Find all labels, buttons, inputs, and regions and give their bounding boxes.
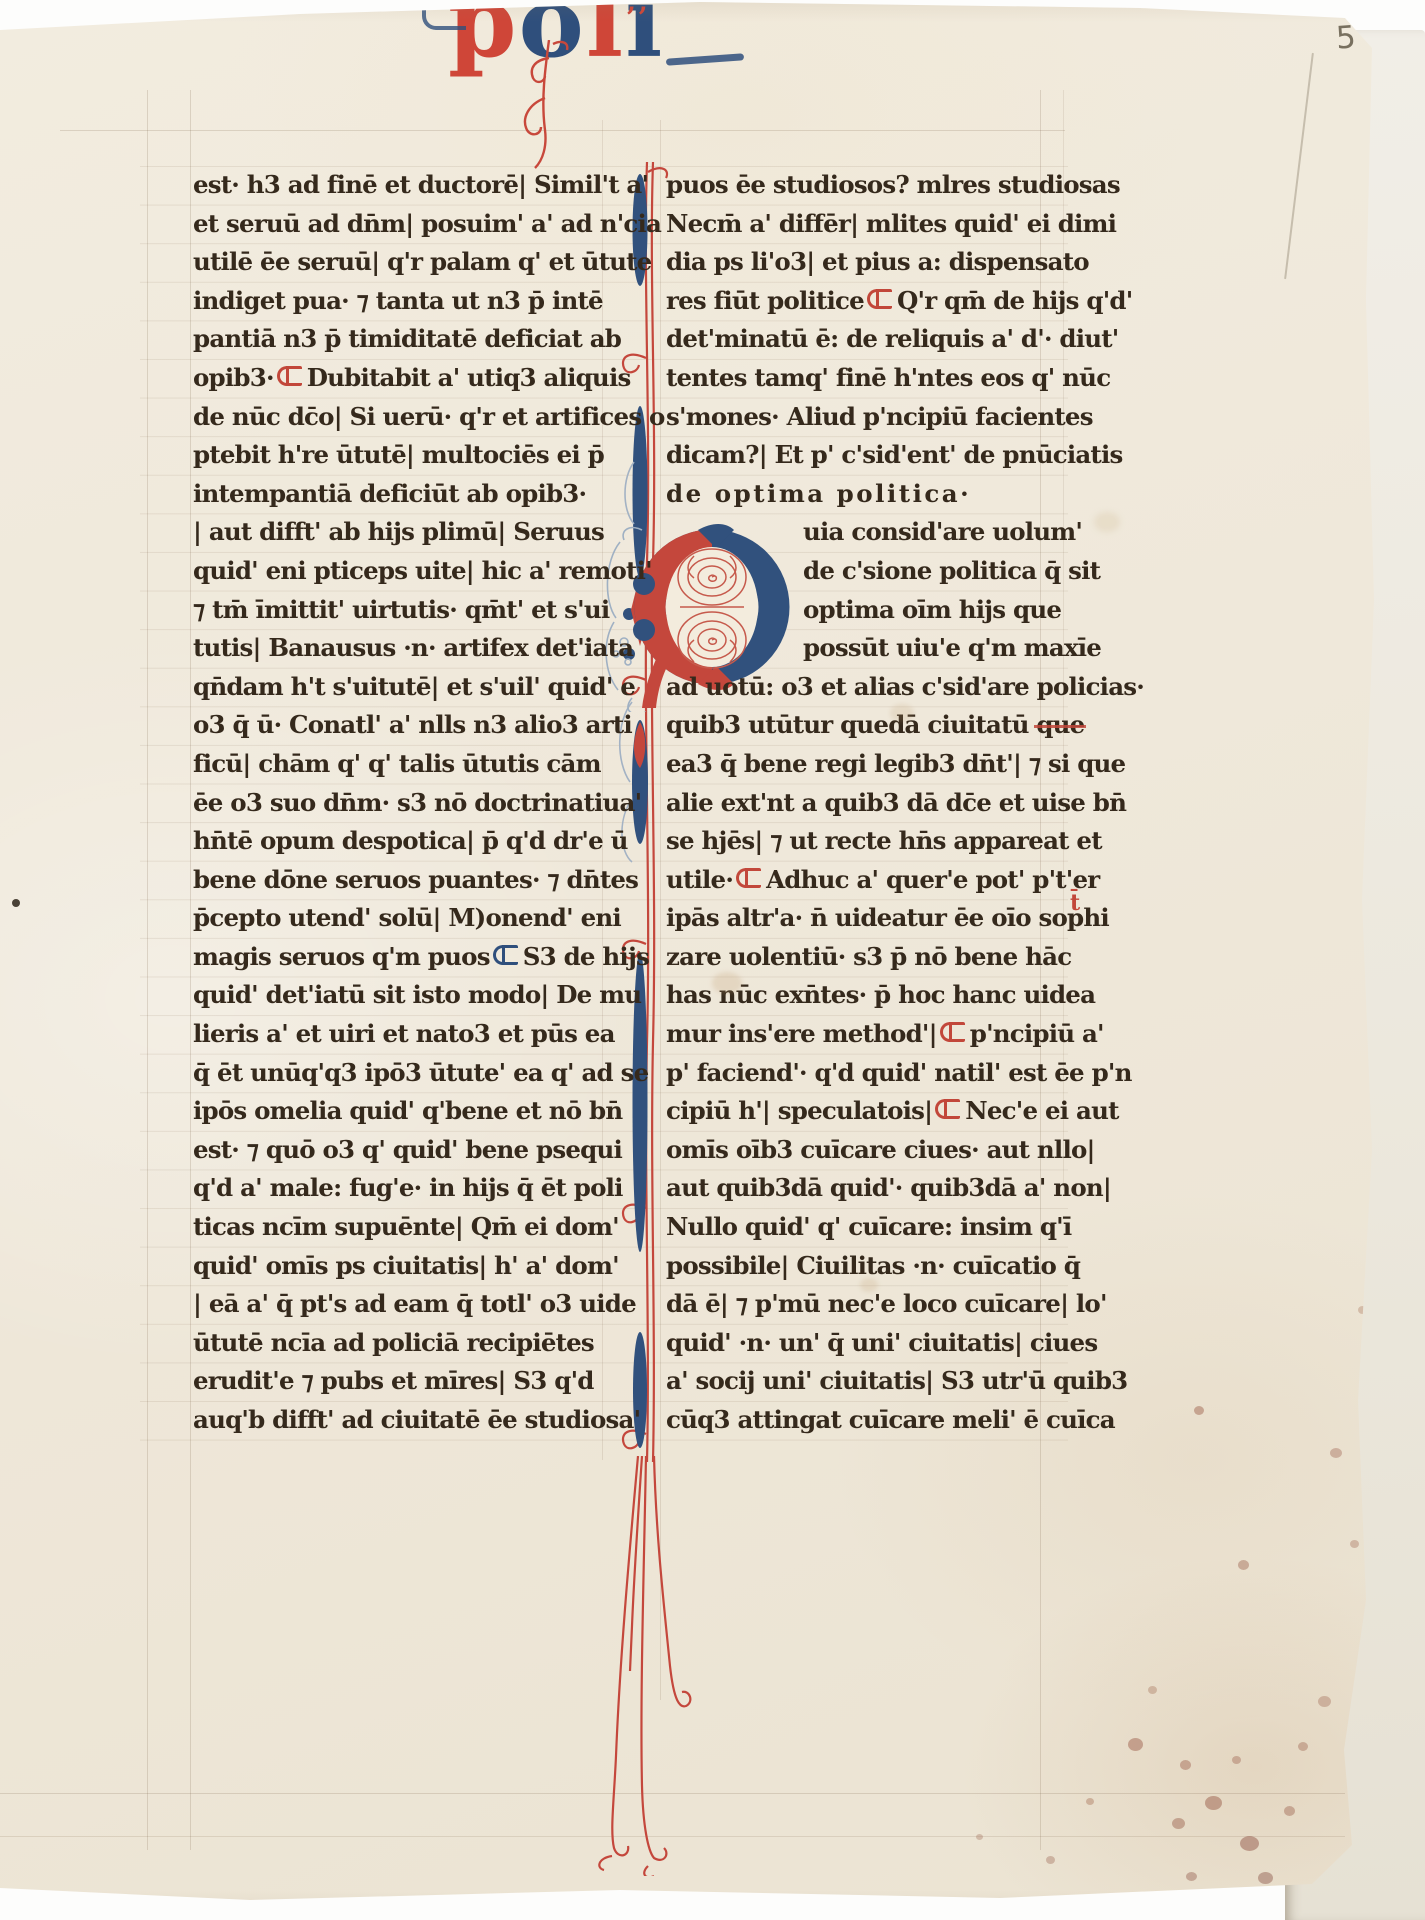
text-run: pantiā n3 p̄ timiditatē deficiat ab	[193, 324, 621, 353]
text-line: de c'sione politica q̄ sit	[666, 552, 1046, 591]
fox-spot	[1194, 1406, 1204, 1415]
text-line: est· ⁊ quō o3 q' quid' bene psequi	[193, 1131, 585, 1170]
text-run: possūt uiu'e q'm maxīe	[803, 633, 1101, 662]
text-run: dia ps li'o3| et pius a: dispensato	[666, 247, 1089, 276]
text-run: q̄ ēt unūq'q3 ipō3 ūtute' ea q' ad se	[193, 1058, 648, 1087]
ink-spot	[12, 899, 20, 907]
fox-spot	[1330, 1448, 1342, 1458]
text-line: mur ins'ere method'|p'ncipiū a'	[666, 1015, 1046, 1054]
text-run: de optima politica·	[666, 479, 971, 508]
text-line: qn̄dam h't s'uitutē| et s'uil' quid' e	[193, 668, 585, 707]
text-line: o3 q̄ ū· Conatl' a' nlls n3 alio3 arti	[193, 706, 585, 745]
stain	[1094, 512, 1120, 532]
manuscript-page: poli ’’	[0, 0, 1425, 1920]
text-line: quid' omīs ps ciuitatis| h' a' dom'	[193, 1247, 585, 1286]
text-run: Nec'e ei aut	[965, 1096, 1118, 1125]
text-line: bene dōne seruos puantes· ⁊ dn̄tes	[193, 861, 585, 900]
text-line: opib3·Dubitabit a' utiq3 aliquis	[193, 359, 585, 398]
text-line: omīs oīb3 cuīcare ciues· aut nllo|	[666, 1131, 1046, 1170]
text-run: lieris a' et uiri et nato3 et pūs ea	[193, 1019, 615, 1048]
text-line: p' faciend'· q'd quid' natil' est ēe p'n	[666, 1054, 1046, 1093]
text-line: de optima politica·	[666, 475, 1046, 514]
fox-spot	[1180, 1760, 1191, 1770]
text-run: uia consid'are uolum'	[803, 517, 1082, 546]
text-run: res fiūt politice	[666, 286, 864, 315]
text-run: S3 de hijs	[523, 942, 649, 971]
text-line: | aut difft' ab hijs plimū| Seruus	[193, 513, 585, 552]
fox-spot	[1186, 1872, 1197, 1881]
text-line: dā ē| ⁊ p'mū nec'e loco cuīcare| lo'	[666, 1285, 1046, 1324]
text-line: dicam?| Et p' c'sid'ent' de pnūciatis	[666, 436, 1046, 475]
fox-spot	[1172, 1818, 1185, 1829]
title-flourish-icon	[422, 10, 466, 30]
fox-spot	[1086, 1798, 1094, 1805]
text-line: ipās altr'a· n̄ uideatur ēe oīo sophi	[666, 899, 1046, 938]
text-line: possūt uiu'e q'm maxīe	[666, 629, 1046, 668]
text-line: a' socij uni' ciuitatis| S3 utr'ū quib3	[666, 1362, 1046, 1401]
text-line: ad uotū: o3 et alias c'sid'are policias·	[666, 668, 1046, 707]
text-run: ad uotū: o3 et alias c'sid'are policias·	[666, 672, 1144, 701]
ruling-vertical	[190, 90, 191, 1850]
fox-spot	[1258, 1872, 1273, 1884]
manuscript-scan: poli ’’	[0, 0, 1425, 1920]
text-column-right: puos ēe studiosos? mlres studiosasNecm̄ …	[666, 166, 1046, 1440]
fox-spot	[1128, 1738, 1143, 1751]
stain	[890, 704, 914, 722]
text-run: omīs oīb3 cuīcare ciues· aut nllo|	[666, 1135, 1095, 1164]
text-line: ea3 q̄ bene regi legib3 dn̄t'| ⁊ si que	[666, 745, 1046, 784]
text-line: dia ps li'o3| et pius a: dispensato	[666, 243, 1046, 282]
capitulum-mark-icon	[277, 366, 302, 386]
text-line: indiget pua· ⁊ tanta ut n3 p̄ intē	[193, 282, 585, 321]
text-line: optima oīm hijs que	[666, 591, 1046, 630]
fox-spot	[1046, 1856, 1055, 1864]
text-line: utile·Adhuc a' quer'e pot' p't'er	[666, 861, 1046, 900]
text-run: quid' det'iatū sit isto modo| De mu	[193, 980, 641, 1009]
text-run: optima oīm hijs que	[803, 595, 1061, 624]
text-run: Nullo quid' q' cuīcare: insim q'ī	[666, 1212, 1071, 1241]
fox-spot	[1284, 1806, 1295, 1816]
text-run: quid' eni pticeps uite| hic a' remoti'	[193, 556, 652, 585]
stain	[712, 972, 742, 994]
text-line: erudit'e ⁊ pubs et mīres| S3 q'd	[193, 1362, 585, 1401]
text-run: de c'sione politica q̄ sit	[803, 556, 1100, 585]
text-line: tutis| Banausus ·n· artifex det'iata	[193, 629, 585, 668]
text-run: ⁊ tm̄ īmittit' uirtutis· qm̄t' et s'ui	[193, 595, 609, 624]
text-run: de nūc dc̄o| Si uerū· q'r et artifices o	[193, 402, 665, 431]
text-run: intempantiā deficiūt ab opib3·	[193, 479, 586, 508]
text-run: q'd a' male: fug'e· in hijs q̄ ēt poli	[193, 1173, 623, 1202]
text-run: bene dōne seruos puantes· ⁊ dn̄tes	[193, 865, 638, 894]
text-line: alie ext'nt a quib3 dā dc̄e et uise bn̄	[666, 784, 1046, 823]
text-run: ipās altr'a· n̄ uideatur ēe oīo sophi	[666, 903, 1109, 932]
folio-number: 5	[1335, 19, 1357, 56]
text-run: se hjēs| ⁊ ut recte hn̄s appareat et	[666, 826, 1102, 855]
text-run: Q'r qm̄ de hijs q'd'	[897, 286, 1132, 315]
text-run: aut quib3dā quid'· quib3dā a' non|	[666, 1173, 1111, 1202]
text-run: puos ēe studiosos? mlres studiosas	[666, 170, 1120, 199]
text-line: et seruū ad dn̄m| posuim' a' ad n'cia	[193, 205, 585, 244]
text-line: q̄ ēt unūq'q3 ipō3 ūtute' ea q' ad se	[193, 1054, 585, 1093]
text-run: quid' ·n· un' q̄ uni' ciuitatis| ciues	[666, 1328, 1097, 1357]
text-line: quid' det'iatū sit isto modo| De mu	[193, 976, 585, 1015]
text-run: est· h3 ad finē et ductorē| Simil't a'	[193, 170, 648, 199]
text-run: est· ⁊ quō o3 q' quid' bene psequi	[193, 1135, 622, 1164]
text-run: et seruū ad dn̄m| posuim' a' ad n'cia	[193, 209, 661, 238]
text-run: p'ncipiū a'	[970, 1019, 1104, 1048]
text-line: pantiā n3 p̄ timiditatē deficiat ab	[193, 320, 585, 359]
text-line: intempantiā deficiūt ab opib3·	[193, 475, 585, 514]
text-line: Necm̄ a' diffēr| mlites quid' ei dimi	[666, 205, 1046, 244]
expunged-word: que	[1036, 710, 1084, 739]
text-line: ⁊ tm̄ īmittit' uirtutis· qm̄t' et s'ui	[193, 591, 585, 630]
capitulum-mark-icon	[493, 945, 518, 965]
text-run: alie ext'nt a quib3 dā dc̄e et uise bn̄	[666, 788, 1126, 817]
capitulum-mark-icon	[867, 289, 892, 309]
text-run: ticas ncīm supuēnte| Qm̄ ei dom'	[193, 1212, 619, 1241]
text-run: tentes tamq' finē h'ntes eos q' nūc	[666, 363, 1110, 392]
text-run: | eā a' q̄ pt's ad eam q̄ totl' o3 uide	[193, 1289, 636, 1318]
title-underline-swash-icon	[666, 53, 744, 65]
text-run: ficū| chām q' q' talis ūtutis cām	[193, 749, 601, 778]
text-run: indiget pua· ⁊ tanta ut n3 p̄ intē	[193, 286, 603, 315]
text-run: p' faciend'· q'd quid' natil' est ēe p'n	[666, 1058, 1132, 1087]
fox-spot	[1298, 1742, 1308, 1751]
fox-spot	[1238, 1560, 1249, 1570]
text-line: possibile| Ciuilitas ·n· cuīcatio q̄	[666, 1247, 1046, 1286]
fox-spot	[1148, 1686, 1157, 1694]
text-run: Adhuc a' quer'e pot' p't'er	[766, 865, 1099, 894]
text-line: aut quib3dā quid'· quib3dā a' non|	[666, 1169, 1046, 1208]
text-run: ūtutē ncīa ad policiā recipiētes	[193, 1328, 594, 1357]
text-run: erudit'e ⁊ pubs et mīres| S3 q'd	[193, 1366, 594, 1395]
ruling-vertical	[147, 90, 148, 1850]
text-run: s'mones· Aliud p'ncipiū facientes	[666, 402, 1093, 431]
text-line: puos ēe studiosos? mlres studiosas	[666, 166, 1046, 205]
text-run: ea3 q̄ bene regi legib3 dn̄t'| ⁊ si que	[666, 749, 1125, 778]
text-run: det'minatū ē: de reliquis a' d'· diut'	[666, 324, 1118, 353]
text-line: ptebit h're ūtutē| multociēs ei p̄	[193, 436, 585, 475]
stain	[860, 1278, 878, 1292]
marginal-red-tick: t̄	[1070, 890, 1080, 916]
text-run: magis seruos q'm puos	[193, 942, 490, 971]
text-run: utilē ēe seruū| q'r palam q' et ūtute	[193, 247, 651, 276]
penwork-cascade-icon	[503, 40, 593, 175]
text-run: | aut difft' ab hijs plimū| Seruus	[193, 517, 604, 546]
text-run: possibile| Ciuilitas ·n· cuīcatio q̄	[666, 1251, 1080, 1280]
fox-spot	[1350, 1540, 1359, 1548]
fox-spot	[1232, 1756, 1241, 1764]
text-line: utilē ēe seruū| q'r palam q' et ūtute	[193, 243, 585, 282]
text-line: s'mones· Aliud p'ncipiū facientes	[666, 398, 1046, 437]
text-run: p̄cepto utend' solū| M)onend' eni	[193, 903, 621, 932]
text-run: ptebit h're ūtutē| multociēs ei p̄	[193, 440, 604, 469]
text-run: opib3·	[193, 363, 274, 392]
text-line: ūtutē ncīa ad policiā recipiētes	[193, 1324, 585, 1363]
text-line: auq'b difft' ad ciuitatē ēe studiosa'	[193, 1401, 585, 1440]
text-line: est· h3 ad finē et ductorē| Simil't a'	[193, 166, 585, 205]
text-run: o3 q̄ ū· Conatl' a' nlls n3 alio3 arti	[193, 710, 632, 739]
text-line: quid' ·n· un' q̄ uni' ciuitatis| ciues	[666, 1324, 1046, 1363]
text-run: qn̄dam h't s'uitutē| et s'uil' quid' e	[193, 672, 635, 701]
title-red-ticks-icon: ’’	[626, 4, 650, 32]
text-line: quib3 utūtur quedā ciuitatū que	[666, 706, 1046, 745]
text-column-left: est· h3 ad finē et ductorē| Simil't a'et…	[193, 166, 585, 1440]
text-run: Necm̄ a' diffēr| mlites quid' ei dimi	[666, 209, 1116, 238]
fox-spot	[1240, 1836, 1259, 1851]
text-run: zare uolentiū· s3 p̄ nō bene hāc	[666, 942, 1071, 971]
text-line: ēe o3 suo dn̄m· s3 nō doctrinatiua'	[193, 784, 585, 823]
text-line: se hjēs| ⁊ ut recte hn̄s appareat et	[666, 822, 1046, 861]
text-run: dā ē| ⁊ p'mū nec'e loco cuīcare| lo'	[666, 1289, 1107, 1318]
text-line: Nullo quid' q' cuīcare: insim q'ī	[666, 1208, 1046, 1247]
text-line: q'd a' male: fug'e· in hijs q̄ ēt poli	[193, 1169, 585, 1208]
text-run: tutis| Banausus ·n· artifex det'iata	[193, 633, 633, 662]
text-run: auq'b difft' ad ciuitatē ēe studiosa'	[193, 1405, 640, 1434]
text-line: p̄cepto utend' solū| M)onend' eni	[193, 899, 585, 938]
text-line: tentes tamq' finē h'ntes eos q' nūc	[666, 359, 1046, 398]
text-run: a' socij uni' ciuitatis| S3 utr'ū quib3	[666, 1366, 1127, 1395]
parchment-crease	[1284, 53, 1314, 280]
text-run: cipiū h'| speculatois|	[666, 1096, 932, 1125]
text-line: ticas ncīm supuēnte| Qm̄ ei dom'	[193, 1208, 585, 1247]
text-run: ipōs omelia quid' q'bene et nō bn̄	[193, 1096, 622, 1125]
text-run: quid' omīs ps ciuitatis| h' a' dom'	[193, 1251, 619, 1280]
capitulum-mark-icon	[935, 1099, 960, 1119]
text-line: quid' eni pticeps uite| hic a' remoti'	[193, 552, 585, 591]
text-line: cūq3 attingat cuīcare meli' ē cuīca	[666, 1401, 1046, 1440]
fox-spot	[976, 1834, 983, 1840]
fox-spot	[1318, 1696, 1331, 1707]
text-run: quib3 utūtur quedā ciuitatū	[666, 710, 1036, 739]
text-line: zare uolentiū· s3 p̄ nō bene hāc	[666, 938, 1046, 977]
text-line: de nūc dc̄o| Si uerū· q'r et artifices o	[193, 398, 585, 437]
text-run: cūq3 attingat cuīcare meli' ē cuīca	[666, 1405, 1115, 1434]
text-run: Dubitabit a' utiq3 aliquis	[307, 363, 631, 392]
text-line: | eā a' q̄ pt's ad eam q̄ totl' o3 uide	[193, 1285, 585, 1324]
text-run: ēe o3 suo dn̄m· s3 nō doctrinatiua'	[193, 788, 641, 817]
text-line: lieris a' et uiri et nato3 et pūs ea	[193, 1015, 585, 1054]
text-run: utile·	[666, 865, 733, 894]
text-run: hn̄tē opum despotica| p̄ q'd dr'e ū	[193, 826, 628, 855]
capitulum-mark-icon	[736, 868, 761, 888]
text-run: mur ins'ere method'|	[666, 1019, 937, 1048]
fox-spot	[1205, 1796, 1222, 1810]
text-line: ipōs omelia quid' q'bene et nō bn̄	[193, 1092, 585, 1131]
capitulum-mark-icon	[940, 1022, 965, 1042]
text-line: hn̄tē opum despotica| p̄ q'd dr'e ū	[193, 822, 585, 861]
text-line: cipiū h'| speculatois|Nec'e ei aut	[666, 1092, 1046, 1131]
text-line: ficū| chām q' q' talis ūtutis cām	[193, 745, 585, 784]
text-run: dicam?| Et p' c'sid'ent' de pnūciatis	[666, 440, 1122, 469]
lower-penwork-tails-icon	[590, 1456, 730, 1876]
text-line: res fiūt politiceQ'r qm̄ de hijs q'd'	[666, 282, 1046, 321]
text-line: uia consid'are uolum'	[666, 513, 1046, 552]
text-line: magis seruos q'm puosS3 de hijs	[193, 938, 585, 977]
text-line: det'minatū ē: de reliquis a' d'· diut'	[666, 320, 1046, 359]
